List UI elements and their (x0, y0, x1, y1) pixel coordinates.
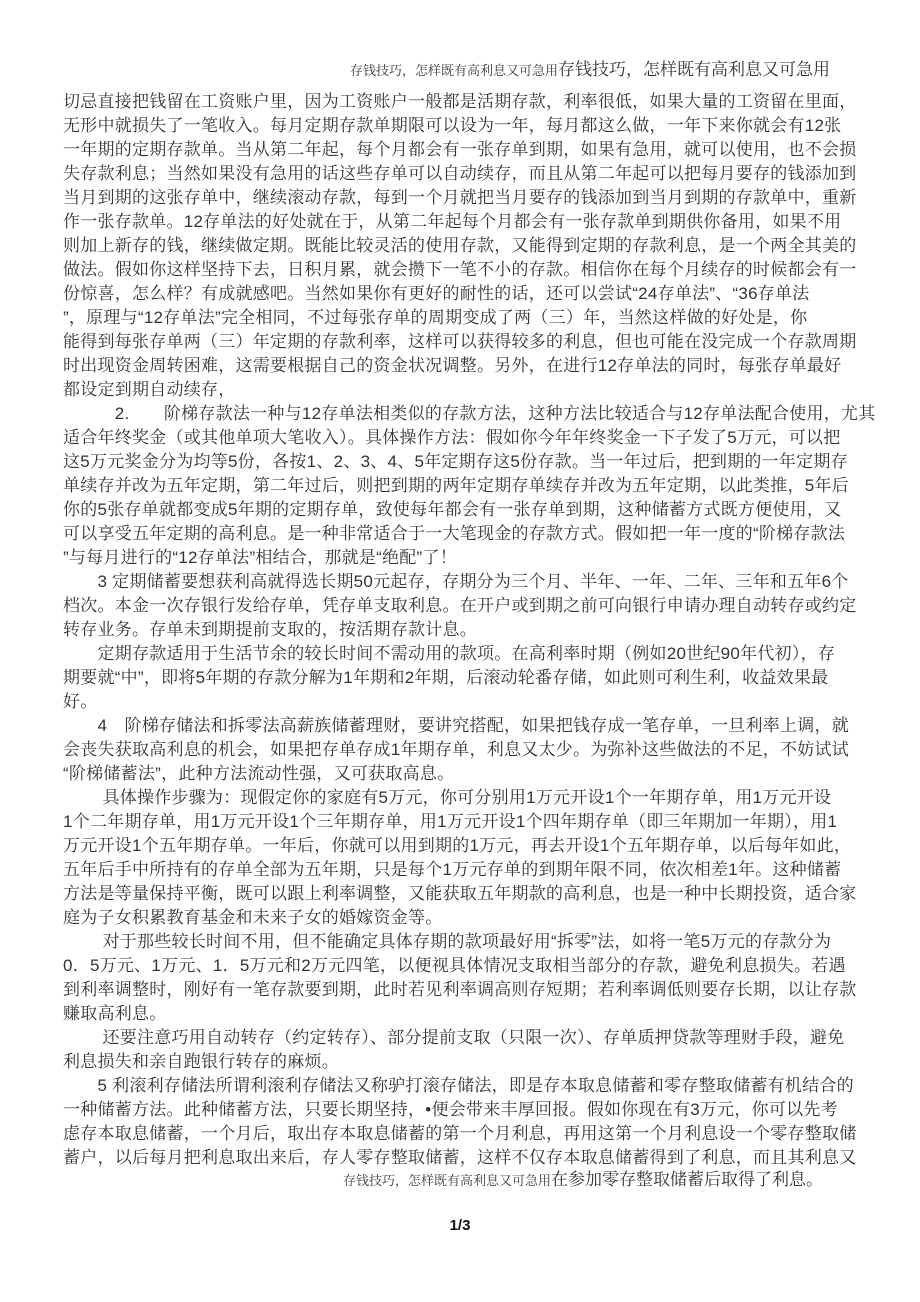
text-line: 好。 (63, 690, 863, 714)
text-line: 当月到期的这张存单中，继续滚动存款，每到一个月就把当月要存的钱添加到当月到期的存… (63, 186, 863, 210)
text-line: 可以享受五年定期的高利息。是一种非常适合于一大笔现金的存款方式。假如把一年一度的… (63, 522, 863, 546)
text-line: 档次。本金一次存银行发给存单，凭存单支取利息。在开户或到期之前可向银行申请办理自… (63, 594, 863, 618)
text-line: “阶梯储蓄法”，此种方法流动性强，又可获取高息。 (63, 762, 863, 786)
text-line: 万元开设1个五年期存单。一年后，你就可以用到期的1万元，再去开设1个五年期存单，… (63, 834, 863, 858)
text-line: 适合年终奖金（或其他单项大笔收入）。具体操作方法：假如你今年年终奖金一下子发了5… (63, 426, 863, 450)
text-line: 0．5万元、1万元、1．5万元和2万元四笔，以便视具体情况支取相当部分的存款，避… (63, 954, 863, 978)
document-body: 切忌直接把钱留在工资账户里，因为工资账户一般都是活期存款，利率很低，如果大量的工… (63, 90, 863, 1170)
text-line: 到利率调整时，刚好有一笔存款要到期，此时若见利率调高则存短期；若利率调低则要存长… (63, 978, 863, 1002)
text-line: 一年期的定期存款单。当从第二年起，每个月都会有一张存单到期，如果有急用，就可以使… (63, 138, 863, 162)
text-line: 还要注意巧用自动转存（约定转存）、部分提前支取（只限一次）、存单质押贷款等理财手… (63, 1026, 863, 1050)
text-line: 蓄户，以后每月把利息取出来后，存人零存整取储蓄，这样不仅存本取息储蓄得到了利息，… (63, 1146, 863, 1170)
text-line: 期要就“中”，即将5年期的存款分解为1年期和2年期，后滚动轮番存储，如此则可利生… (63, 666, 863, 690)
running-footer-small: 存钱技巧，怎样既有高利息又可急用 (343, 1173, 551, 1188)
text-line: 对于那些较长时间不用，但不能确定具体存期的款项最好用“拆零”法，如将一笔5万元的… (63, 930, 863, 954)
closing-text: 在参加零存整取储蓄后取得了利息。 (551, 1170, 823, 1189)
text-line: 5 利滚利存储法所谓利滚利存储法又称驴打滚存储法，即是存本取息储蓄和零存整取储蓄… (63, 1074, 863, 1098)
text-line: 能得到每张存单两（三）年定期的存款利率，这样可以获得较多的利息，但也可能在没完成… (63, 330, 863, 354)
text-line: 2. 阶梯存款法一种与12存单法相类似的存款方法，这种方法比较适合与12存单法配… (63, 402, 863, 426)
text-line: 单续存并改为五年定期，第二年过后，则把到期的两年定期存单续存并改为五年定期，以此… (63, 474, 863, 498)
page-header: 存钱技巧，怎样既有高利息又可急用存钱技巧，怎样既有高利息又可急用 (350, 58, 830, 82)
text-line: 具体操作步骤为：现假定你的家庭有5万元，你可分别用1万元开设1个一年期存单，用1… (63, 786, 863, 810)
text-line: 转存业务。存单未到期提前支取的，按活期存款计息。 (63, 618, 863, 642)
text-line: 无形中就损失了一笔收入。每月定期存款单期限可以设为一年，每月都这么做，一年下来你… (63, 114, 863, 138)
text-line: ”，原理与“12存单法”完全相同，不过每张存单的周期变成了两（三）年，当然这样做… (63, 306, 863, 330)
text-line: 庭为子女积累教育基金和未来子女的婚嫁资金等。 (63, 906, 863, 930)
text-line: 虑存本取息储蓄，一个月后，取出存本取息储蓄的第一个月利息，再用这第一个月利息设一… (63, 1122, 863, 1146)
text-line: 这5万元奖金分为均等5份，各按1、2、3、4、5年定期存这5份存款。当一年过后，… (63, 450, 863, 474)
text-line: 利息损失和亲自跑银行转存的麻烦。 (63, 1050, 863, 1074)
text-line: 都设定到期自动续存， (63, 378, 863, 402)
text-line: 3 定期储蓄要想获利高就得选长期50元起存，存期分为三个月、半年、一年、二年、三… (63, 570, 863, 594)
text-line: 4 阶梯存储法和拆零法高薪族储蓄理财，要讲究搭配，如果把钱存成一笔存单，一旦利率… (63, 714, 863, 738)
running-header-small: 存钱技巧，怎样既有高利息又可急用 (350, 63, 558, 78)
text-line: 时出现资金周转困难，这需要根据自己的资金状况调整。另外，在进行12存单法的同时，… (63, 354, 863, 378)
text-line: 赚取高利息。 (63, 1002, 863, 1026)
text-line: ”与每月进行的“12存单法”相结合，那就是“绝配”了！ (63, 546, 863, 570)
document-title: 存钱技巧，怎样既有高利息又可急用 (558, 60, 830, 79)
text-line: 一种储蓄方法。此种储蓄方法，只要长期坚持，•便会带来丰厚回报。假如你现在有3万元… (63, 1098, 863, 1122)
text-line: 1个二年期存单，用1万元开设1个三年期存单，用1万元开设1个四年期存单（即三年期… (63, 810, 863, 834)
text-line: 做法。假如你这样坚持下去，日积月累，就会攒下一笔不小的存款。相信你在每个月续存的… (63, 258, 863, 282)
text-line: 定期存款适用于生活节余的较长时间不需动用的款项。在高利率时期（例如20世纪90年… (63, 642, 863, 666)
text-line: 会丧失获取高利息的机会，如果把存单存成1年期存单，利息又太少。为弥补这些做法的不… (63, 738, 863, 762)
document-page: 存钱技巧，怎样既有高利息又可急用存钱技巧，怎样既有高利息又可急用 切忌直接把钱留… (0, 0, 920, 1302)
page-number: 1/3 (0, 1216, 920, 1236)
text-line: 份惊喜，怎么样？有成就感吧。当然如果你有更好的耐性的话，还可以尝试“24存单法”… (63, 282, 863, 306)
text-line: 则加上新存的钱，继续做定期。既能比较灵活的使用存款，又能得到定期的存款利息，是一… (63, 234, 863, 258)
text-line: 你的5张存单就都变成5年期的定期存单，致使每年都会有一张存单到期，这种储蓄方式既… (63, 498, 863, 522)
text-line: 切忌直接把钱留在工资账户里，因为工资账户一般都是活期存款，利率很低，如果大量的工… (63, 90, 863, 114)
text-line: 失存款利息；当然如果没有急用的话这些存单可以自动续存，而且从第二年起可以把每月要… (63, 162, 863, 186)
text-line: 五年后手中所持有的存单全部为五年期，只是每个1万元存单的到期年限不同，依次相差1… (63, 858, 863, 882)
text-line: 方法是等量保持平衡，既可以跟上利率调整，又能获取五年期款的高利息，也是一种中长期… (63, 882, 863, 906)
text-line: 作一张存款单。12存单法的好处就在于，从第二年起每个月都会有一张存款单到期供你备… (63, 210, 863, 234)
closing-line: 存钱技巧，怎样既有高利息又可急用在参加零存整取储蓄后取得了利息。 (63, 1168, 857, 1192)
